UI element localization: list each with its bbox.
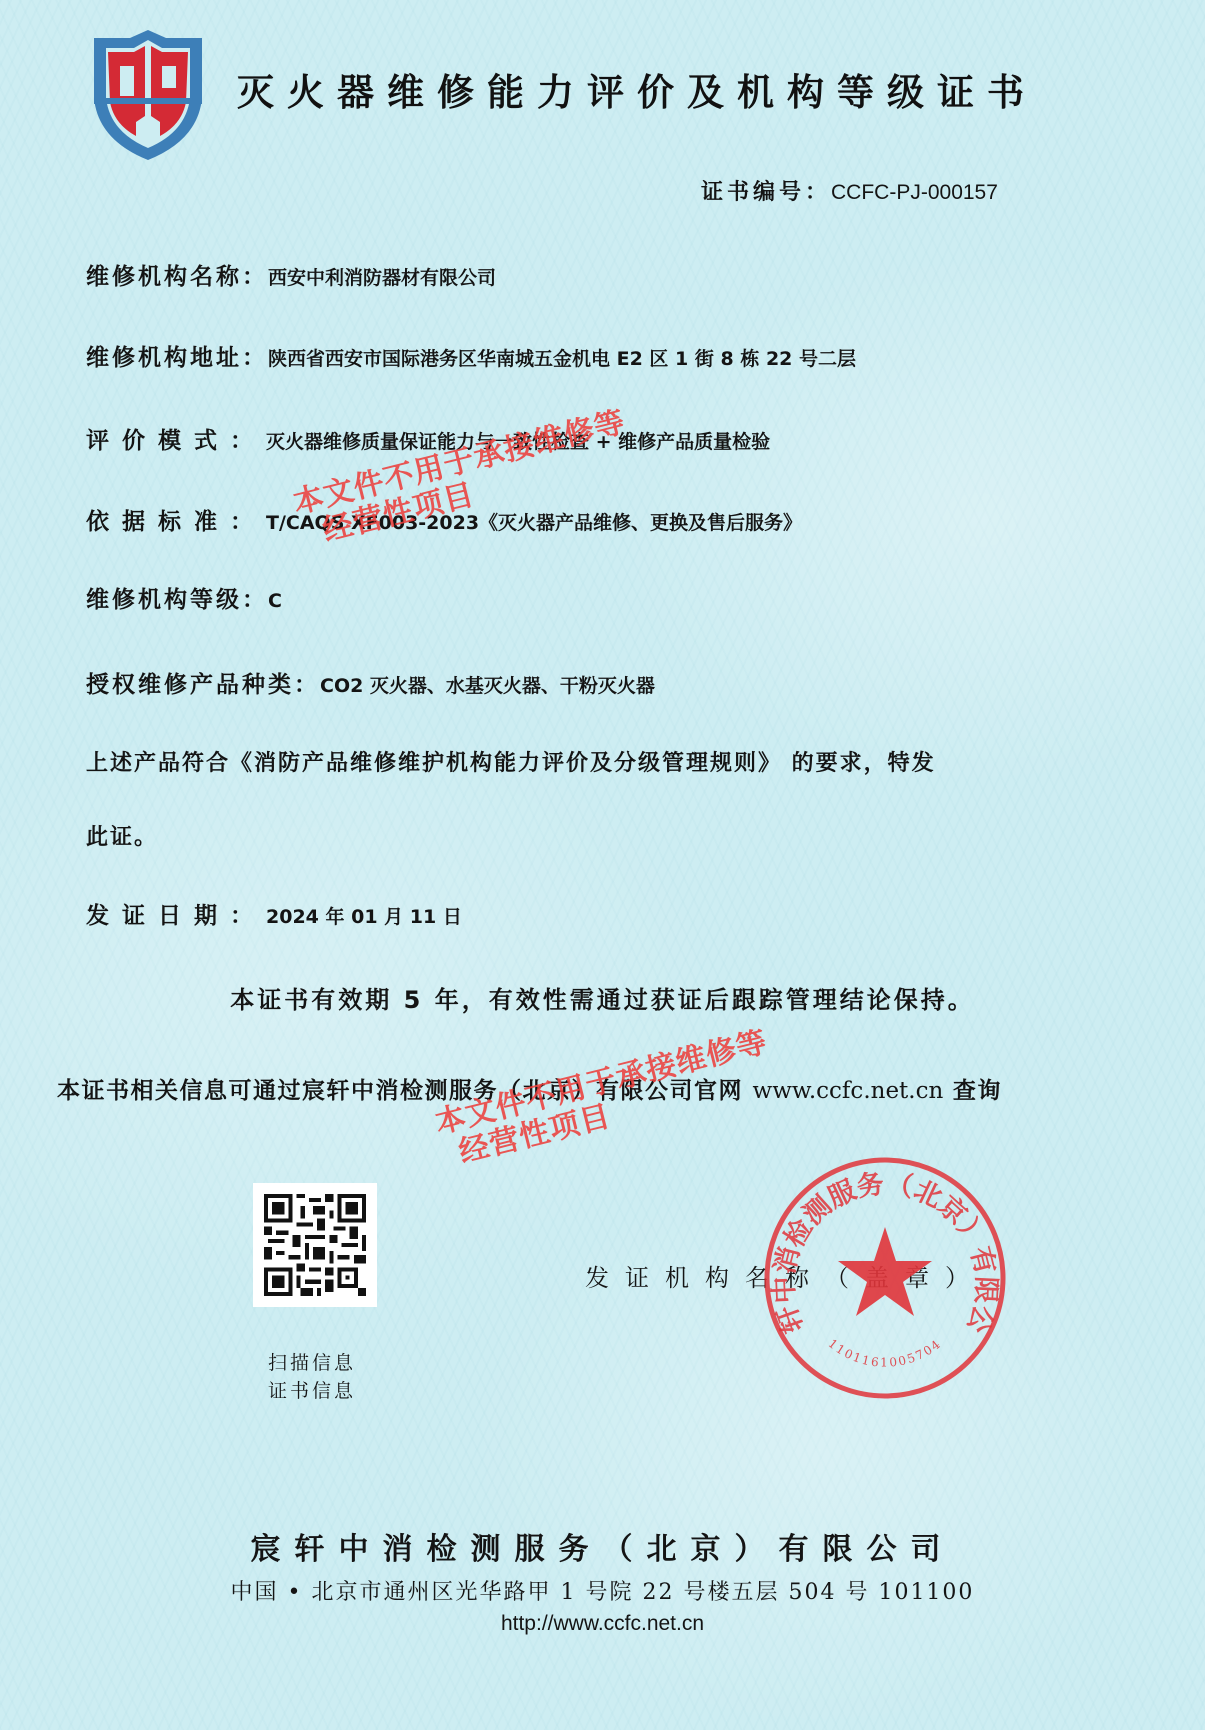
statement-line-1: 上述产品符合《消防产品维修维护机构能力评价及分级管理规则》 的要求，特发 (86, 746, 936, 777)
lookup-url-link[interactable]: www.ccfc.net.cn (753, 1078, 944, 1104)
field-label: 发证日期： (86, 903, 266, 929)
footer-company-url[interactable]: http://www.ccfc.net.cn (0, 1612, 1205, 1636)
certificate-title: 灭火器维修能力评价及机构等级证书 (237, 62, 1037, 116)
field-label: 授权维修产品种类： (86, 672, 320, 698)
field-value: 陕西省西安市国际港务区华南城五金机电 E2 区 1 街 8 栋 22 号二层 (268, 348, 856, 370)
field-authorized-products: 授权维修产品种类：CO2 灭火器、水基灭火器、干粉灭火器 (86, 666, 655, 699)
certificate-number-label: 证书编号： (701, 180, 831, 205)
field-org-address: 维修机构地址：陕西省西安市国际港务区华南城五金机电 E2 区 1 街 8 栋 2… (86, 339, 856, 372)
qr-code-icon[interactable] (253, 1183, 377, 1307)
seal-number: 1101161005704 (826, 1336, 945, 1369)
field-issue-date: 发证日期：2024 年 01 月 11 日 (86, 897, 462, 930)
footer-company-address: 中国 • 北京市通州区光华路甲 1 号院 22 号楼五层 504 号 10110… (0, 1575, 1205, 1606)
field-label: 维修机构等级： (86, 587, 268, 613)
qr-caption-line-1: 扫描信息 (268, 1348, 356, 1375)
field-value: C (268, 590, 282, 612)
watermark-stamp-2: 本文件不用于承接维修等 经营性项目 (432, 1026, 779, 1174)
validity-statement: 本证书有效期 5 年，有效性需通过获证后跟踪管理结论保持。 (0, 980, 1205, 1015)
statement-line-2: 此证。 (86, 820, 158, 851)
qr-caption-line-2: 证书信息 (268, 1376, 356, 1403)
field-label: 维修机构名称： (86, 264, 268, 290)
field-evaluation-mode: 评价模式：灭火器维修质量保证能力与一致性检查 + 维修产品质量检验 (86, 422, 770, 455)
field-label: 维修机构地址： (86, 345, 268, 371)
field-value: CO2 灭火器、水基灭火器、干粉灭火器 (320, 675, 655, 697)
field-label: 依据标准： (86, 509, 266, 535)
field-org-name: 维修机构名称：西安中利消防器材有限公司 (86, 258, 496, 291)
field-label: 评价模式： (86, 428, 266, 454)
field-org-grade: 维修机构等级：C (86, 581, 282, 614)
footer-company-name: 宸轩中消检测服务（北京）有限公司 (0, 1524, 1205, 1568)
field-value: 西安中利消防器材有限公司 (268, 267, 496, 289)
lookup-suffix: 查询 (943, 1078, 1002, 1104)
field-value: 2024 年 01 月 11 日 (266, 906, 462, 928)
svg-text:1101161005704: 1101161005704 (826, 1336, 945, 1369)
certificate-number-value: CCFC-PJ-000157 (831, 181, 998, 204)
shield-pj-logo-icon (90, 28, 206, 162)
official-seal-stamp: 宸轩中消检测服务（北京）有限公司 1101161005704 (762, 1155, 1008, 1401)
certificate-number: 证书编号：CCFC-PJ-000157 (701, 175, 998, 206)
